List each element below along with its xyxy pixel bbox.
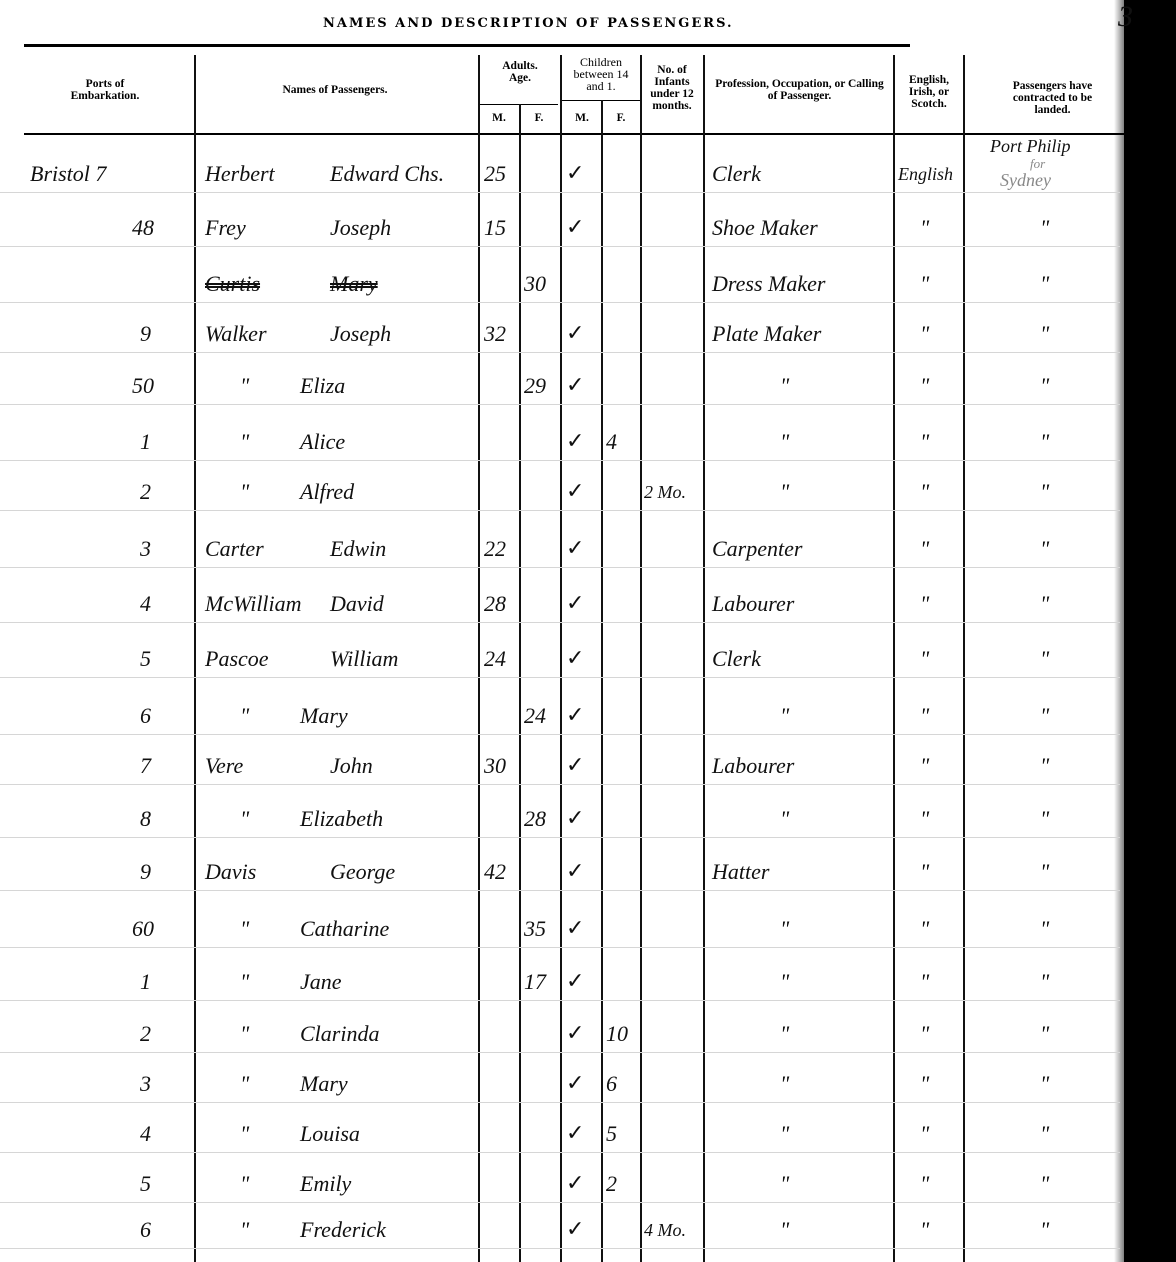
cell-dest: "	[1040, 647, 1049, 671]
row-guide-line	[0, 1152, 1120, 1153]
cell-f: 29	[524, 374, 546, 398]
header-adults-m: M.	[482, 112, 516, 124]
cell-surname: McWilliam	[205, 592, 302, 616]
cell-surname: "	[240, 807, 249, 831]
header-name: Names of Passengers.	[240, 84, 430, 96]
cell-nat: "	[920, 1022, 929, 1046]
cell-cm: ✓	[566, 807, 584, 831]
destination-sydney: Sydney	[1000, 168, 1051, 192]
col-line-3	[519, 104, 521, 1262]
cell-given: Frederick	[300, 1218, 386, 1242]
cell-dest: "	[1040, 704, 1049, 728]
cell-given: Edward Chs.	[330, 162, 444, 186]
cell-f: 28	[524, 807, 546, 831]
col-line-5	[601, 100, 603, 1262]
cell-prof: Carpenter	[712, 537, 802, 561]
cell-nat: "	[920, 917, 929, 941]
header-profession: Profession, Occupation, or Calling of Pa…	[712, 78, 887, 102]
cell-prof: Clerk	[712, 647, 761, 671]
row-guide-line	[0, 510, 1120, 511]
cell-dest: "	[1040, 860, 1049, 884]
cell-m: 42	[484, 860, 506, 884]
cell-nat: "	[920, 1072, 929, 1096]
cell-dest: "	[1040, 374, 1049, 398]
cell-prof: "	[780, 704, 789, 728]
row-guide-line	[0, 622, 1120, 623]
cell-num: 3	[140, 537, 151, 561]
cell-given: William	[330, 647, 398, 671]
cell-nat: "	[920, 1218, 929, 1242]
cell-dest: "	[1040, 1022, 1049, 1046]
cell-dest: "	[1040, 1218, 1049, 1242]
row-guide-line	[0, 404, 1120, 405]
row-guide-line	[0, 302, 1120, 303]
cell-nat: "	[920, 754, 929, 778]
cell-nat: "	[920, 480, 929, 504]
cell-num: 7	[140, 754, 151, 778]
cell-prof: Plate Maker	[712, 322, 821, 346]
cell-given: Jane	[300, 970, 342, 994]
cell-given: Eliza	[300, 374, 345, 398]
cell-surname: "	[240, 430, 249, 454]
cell-nat: "	[920, 322, 929, 346]
row-guide-line	[0, 192, 1120, 193]
cell-dest: "	[1040, 430, 1049, 454]
cell-nat: "	[920, 647, 929, 671]
cell-dest: "	[1040, 216, 1049, 240]
row-guide-line	[0, 947, 1120, 948]
cell-prof: Clerk	[712, 162, 761, 186]
cell-cm: ✓	[566, 480, 584, 504]
cell-num: 9	[140, 322, 151, 346]
cell-surname: "	[240, 970, 249, 994]
cell-dest: "	[1040, 272, 1049, 296]
cell-inf: 4 Mo.	[644, 1218, 686, 1242]
cell-dest: "	[1040, 537, 1049, 561]
cell-dest: "	[1040, 1172, 1049, 1196]
cell-nat: "	[920, 430, 929, 454]
cell-cm: ✓	[566, 1072, 584, 1096]
cell-given: Emily	[300, 1172, 351, 1196]
cell-surname: "	[240, 704, 249, 728]
cell-m: 25	[484, 162, 506, 186]
cell-given: Elizabeth	[300, 807, 383, 831]
cell-num: 5	[140, 1172, 151, 1196]
cell-cf: 5	[606, 1122, 617, 1146]
col-line-4	[560, 55, 562, 1262]
col-line-7	[703, 55, 705, 1262]
cell-prof: Labourer	[712, 592, 794, 616]
cell-surname: "	[240, 1022, 249, 1046]
cell-given: Joseph	[330, 322, 391, 346]
cell-given: Alice	[300, 430, 345, 454]
cell-surname: "	[240, 480, 249, 504]
row-guide-line	[0, 1052, 1120, 1053]
cell-surname: Vere	[205, 754, 243, 778]
adults-sub-rule	[478, 104, 558, 105]
cell-num: 4	[140, 592, 151, 616]
cell-prof: "	[780, 430, 789, 454]
cell-m: 28	[484, 592, 506, 616]
cell-prof: "	[780, 1218, 789, 1242]
row-guide-line	[0, 567, 1120, 568]
cell-num: 50	[132, 374, 154, 398]
cell-prof: "	[780, 1122, 789, 1146]
cell-given: Mary	[300, 1072, 348, 1096]
row-guide-line	[0, 1248, 1120, 1249]
cell-prof: Shoe Maker	[712, 216, 818, 240]
cell-num: 4	[140, 1122, 151, 1146]
cell-cm: ✓	[566, 592, 584, 616]
cell-given: David	[330, 592, 384, 616]
col-line-8	[893, 55, 895, 1262]
cell-surname: "	[240, 1122, 249, 1146]
cell-surname: Carter	[205, 537, 264, 561]
header-children: Children between 14 and 1.	[568, 56, 634, 92]
row-guide-line	[0, 784, 1120, 785]
cell-given: Catharine	[300, 917, 389, 941]
cell-surname: Davis	[205, 860, 256, 884]
cell-prof: "	[780, 1172, 789, 1196]
cell-given: Louisa	[300, 1122, 360, 1146]
cell-num: 2	[140, 1022, 151, 1046]
cell-num: 6	[140, 1218, 151, 1242]
cell-cm: ✓	[566, 322, 584, 346]
cell-m: 15	[484, 216, 506, 240]
row-guide-line	[0, 677, 1120, 678]
cell-nat: "	[920, 592, 929, 616]
cell-dest: "	[1040, 807, 1049, 831]
cell-given: Alfred	[300, 480, 354, 504]
cell-surname: "	[240, 1218, 249, 1242]
cell-num: 1	[140, 970, 151, 994]
cell-nat: "	[920, 1122, 929, 1146]
cell-prof: Dress Maker	[712, 272, 825, 296]
cell-f: 35	[524, 917, 546, 941]
cell-cm: ✓	[566, 216, 584, 240]
row-guide-line	[0, 1000, 1120, 1001]
cell-nat: English	[898, 162, 953, 186]
cell-cm: ✓	[566, 162, 584, 186]
cell-prof: "	[780, 807, 789, 831]
cell-surname: Curtis	[205, 272, 260, 296]
cell-num: 48	[132, 216, 154, 240]
cell-nat: "	[920, 704, 929, 728]
header-port: Ports of Embarkation.	[50, 78, 160, 102]
cell-num: 1	[140, 430, 151, 454]
cell-m: 32	[484, 322, 506, 346]
cell-surname: Herbert	[205, 162, 275, 186]
cell-dest: "	[1040, 1072, 1049, 1096]
cell-num: 9	[140, 860, 151, 884]
cell-nat: "	[920, 216, 929, 240]
cell-num: 2	[140, 480, 151, 504]
cell-surname: Pascoe	[205, 647, 269, 671]
row-guide-line	[0, 890, 1120, 891]
cell-cm: ✓	[566, 1218, 584, 1242]
cell-surname: Walker	[205, 322, 267, 346]
row-guide-line	[0, 1202, 1120, 1203]
col-line-9	[963, 55, 965, 1262]
cell-nat: "	[920, 860, 929, 884]
cell-inf: 2 Mo.	[644, 480, 686, 504]
cell-prof: Labourer	[712, 754, 794, 778]
header-destination: Passengers have contracted to be landed.	[995, 80, 1110, 116]
col-line-1	[194, 55, 196, 1262]
cell-surname: "	[240, 1072, 249, 1096]
cell-dest: "	[1040, 754, 1049, 778]
cell-cm: ✓	[566, 754, 584, 778]
header-bottom-rule	[24, 133, 1124, 135]
page-number: 3	[1118, 0, 1133, 34]
page-edge-shadow	[1124, 0, 1176, 1262]
header-nationality: English, Irish, or Scotch.	[898, 74, 960, 110]
cell-cm: ✓	[566, 647, 584, 671]
cell-prof: "	[780, 374, 789, 398]
cell-given: Clarinda	[300, 1022, 379, 1046]
cell-num: 5	[140, 647, 151, 671]
cell-cm: ✓	[566, 704, 584, 728]
cell-dest: "	[1040, 322, 1049, 346]
header-top-rule	[24, 44, 910, 47]
page-title: NAMES AND DESCRIPTION OF PASSENGERS.	[323, 16, 734, 31]
cell-cf: 10	[606, 1022, 628, 1046]
cell-prof: "	[780, 1072, 789, 1096]
cell-cm: ✓	[566, 917, 584, 941]
cell-prof: "	[780, 1022, 789, 1046]
cell-cf: 4	[606, 430, 617, 454]
cell-cm: ✓	[566, 374, 584, 398]
row-guide-line	[0, 460, 1120, 461]
cell-cf: 6	[606, 1072, 617, 1096]
cell-given: Mary	[330, 272, 378, 296]
cell-given: Edwin	[330, 537, 386, 561]
cell-nat: "	[920, 1172, 929, 1196]
col-line-6	[640, 55, 642, 1262]
cell-given: Mary	[300, 704, 348, 728]
cell-surname: Frey	[205, 216, 246, 240]
cell-num: 8	[140, 807, 151, 831]
cell-m: 24	[484, 647, 506, 671]
cell-f: 17	[524, 970, 546, 994]
cell-dest: "	[1040, 480, 1049, 504]
cell-nat: "	[920, 272, 929, 296]
cell-cm: ✓	[566, 430, 584, 454]
cell-prof: Hatter	[712, 860, 769, 884]
cell-dest: "	[1040, 1122, 1049, 1146]
cell-num: 6	[140, 704, 151, 728]
row-guide-line	[0, 352, 1120, 353]
row-guide-line	[0, 734, 1120, 735]
header-children-m: M.	[564, 112, 600, 124]
header-infants: No. of Infants under 12 months.	[642, 64, 702, 112]
cell-m: 22	[484, 537, 506, 561]
cell-given: John	[330, 754, 373, 778]
cell-cf: 2	[606, 1172, 617, 1196]
cell-given: George	[330, 860, 395, 884]
cell-prof: "	[780, 917, 789, 941]
cell-cm: ✓	[566, 970, 584, 994]
cell-cm: ✓	[566, 537, 584, 561]
cell-m: 30	[484, 754, 506, 778]
cell-dest: "	[1040, 970, 1049, 994]
cell-num: 60	[132, 917, 154, 941]
cell-dest: "	[1040, 917, 1049, 941]
row-guide-line	[0, 837, 1120, 838]
row-guide-line	[0, 246, 1120, 247]
header-children-f: F.	[604, 112, 638, 124]
col-line-2	[478, 55, 480, 1262]
cell-prof: "	[780, 970, 789, 994]
cell-surname: "	[240, 917, 249, 941]
cell-cm: ✓	[566, 1022, 584, 1046]
cell-dest: "	[1040, 592, 1049, 616]
cell-f: 30	[524, 272, 546, 296]
cell-cm: ✓	[566, 860, 584, 884]
cell-given: Joseph	[330, 216, 391, 240]
cell-cm: ✓	[566, 1172, 584, 1196]
cell-surname: "	[240, 1172, 249, 1196]
cell-nat: "	[920, 537, 929, 561]
header-adults-f: F.	[522, 112, 556, 124]
cell-num: 3	[140, 1072, 151, 1096]
cell-nat: "	[920, 807, 929, 831]
cell-nat: "	[920, 374, 929, 398]
cell-f: 24	[524, 704, 546, 728]
header-adults: Adults. Age.	[495, 60, 545, 84]
cell-prof: "	[780, 480, 789, 504]
row-guide-line	[0, 1102, 1120, 1103]
cell-nat: "	[920, 970, 929, 994]
cell-cm: ✓	[566, 1122, 584, 1146]
cell-num: Bristol 7	[30, 162, 106, 186]
cell-surname: "	[240, 374, 249, 398]
